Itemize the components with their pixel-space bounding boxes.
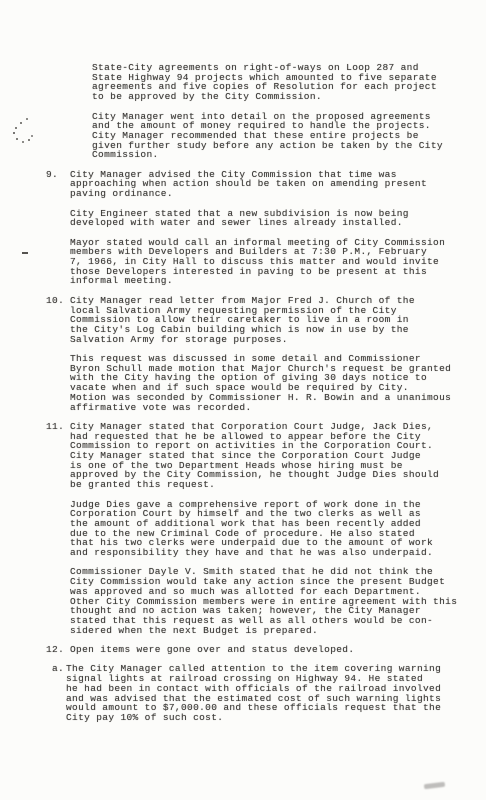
item-number: 10. xyxy=(46,296,70,422)
item-paragraph: This request was discussed in some detai… xyxy=(70,354,470,412)
item-number: 11. xyxy=(46,422,70,645)
agenda-item-11: 11. City Manager stated that Corporation… xyxy=(46,422,470,645)
item-paragraph: City Manager read letter from Major Fred… xyxy=(70,296,470,345)
subitem-letter: a. xyxy=(52,664,66,732)
margin-speckles-artifact xyxy=(20,122,22,124)
margin-dash-artifact xyxy=(22,252,28,254)
minutes-content: State-City agreements on right-of-ways o… xyxy=(0,63,470,732)
item-number: 9. xyxy=(46,170,70,296)
item-paragraph: City Engineer stated that a new subdivis… xyxy=(70,209,470,228)
agenda-item-12: 12. Open items were gone over and status… xyxy=(46,645,470,732)
item-paragraph: Judge Dies gave a comprehensive report o… xyxy=(70,500,470,558)
item-paragraph: City Manager stated that Corporation Cou… xyxy=(70,422,470,490)
agenda-item-10: 10. City Manager read letter from Major … xyxy=(46,296,470,422)
continuation-paragraph: State-City agreements on right-of-ways o… xyxy=(92,63,470,102)
item-paragraph: Open items were gone over and status dev… xyxy=(70,645,470,655)
item-paragraph: Mayor stated would call an informal meet… xyxy=(70,238,470,287)
continuation-paragraph: City Manager went into detail on the pro… xyxy=(92,112,470,161)
subitem-paragraph: The City Manager called attention to the… xyxy=(66,664,441,722)
agenda-subitem-12a: a. The City Manager called attention to … xyxy=(52,664,470,732)
item-paragraph: City Manager advised the City Commission… xyxy=(70,170,470,199)
agenda-item-9: 9. City Manager advised the City Commiss… xyxy=(46,170,470,296)
document-page: State-City agreements on right-of-ways o… xyxy=(0,0,486,800)
item-paragraph: Commissioner Dayle V. Smith stated that … xyxy=(70,567,470,635)
corner-smudge-artifact xyxy=(424,782,445,790)
